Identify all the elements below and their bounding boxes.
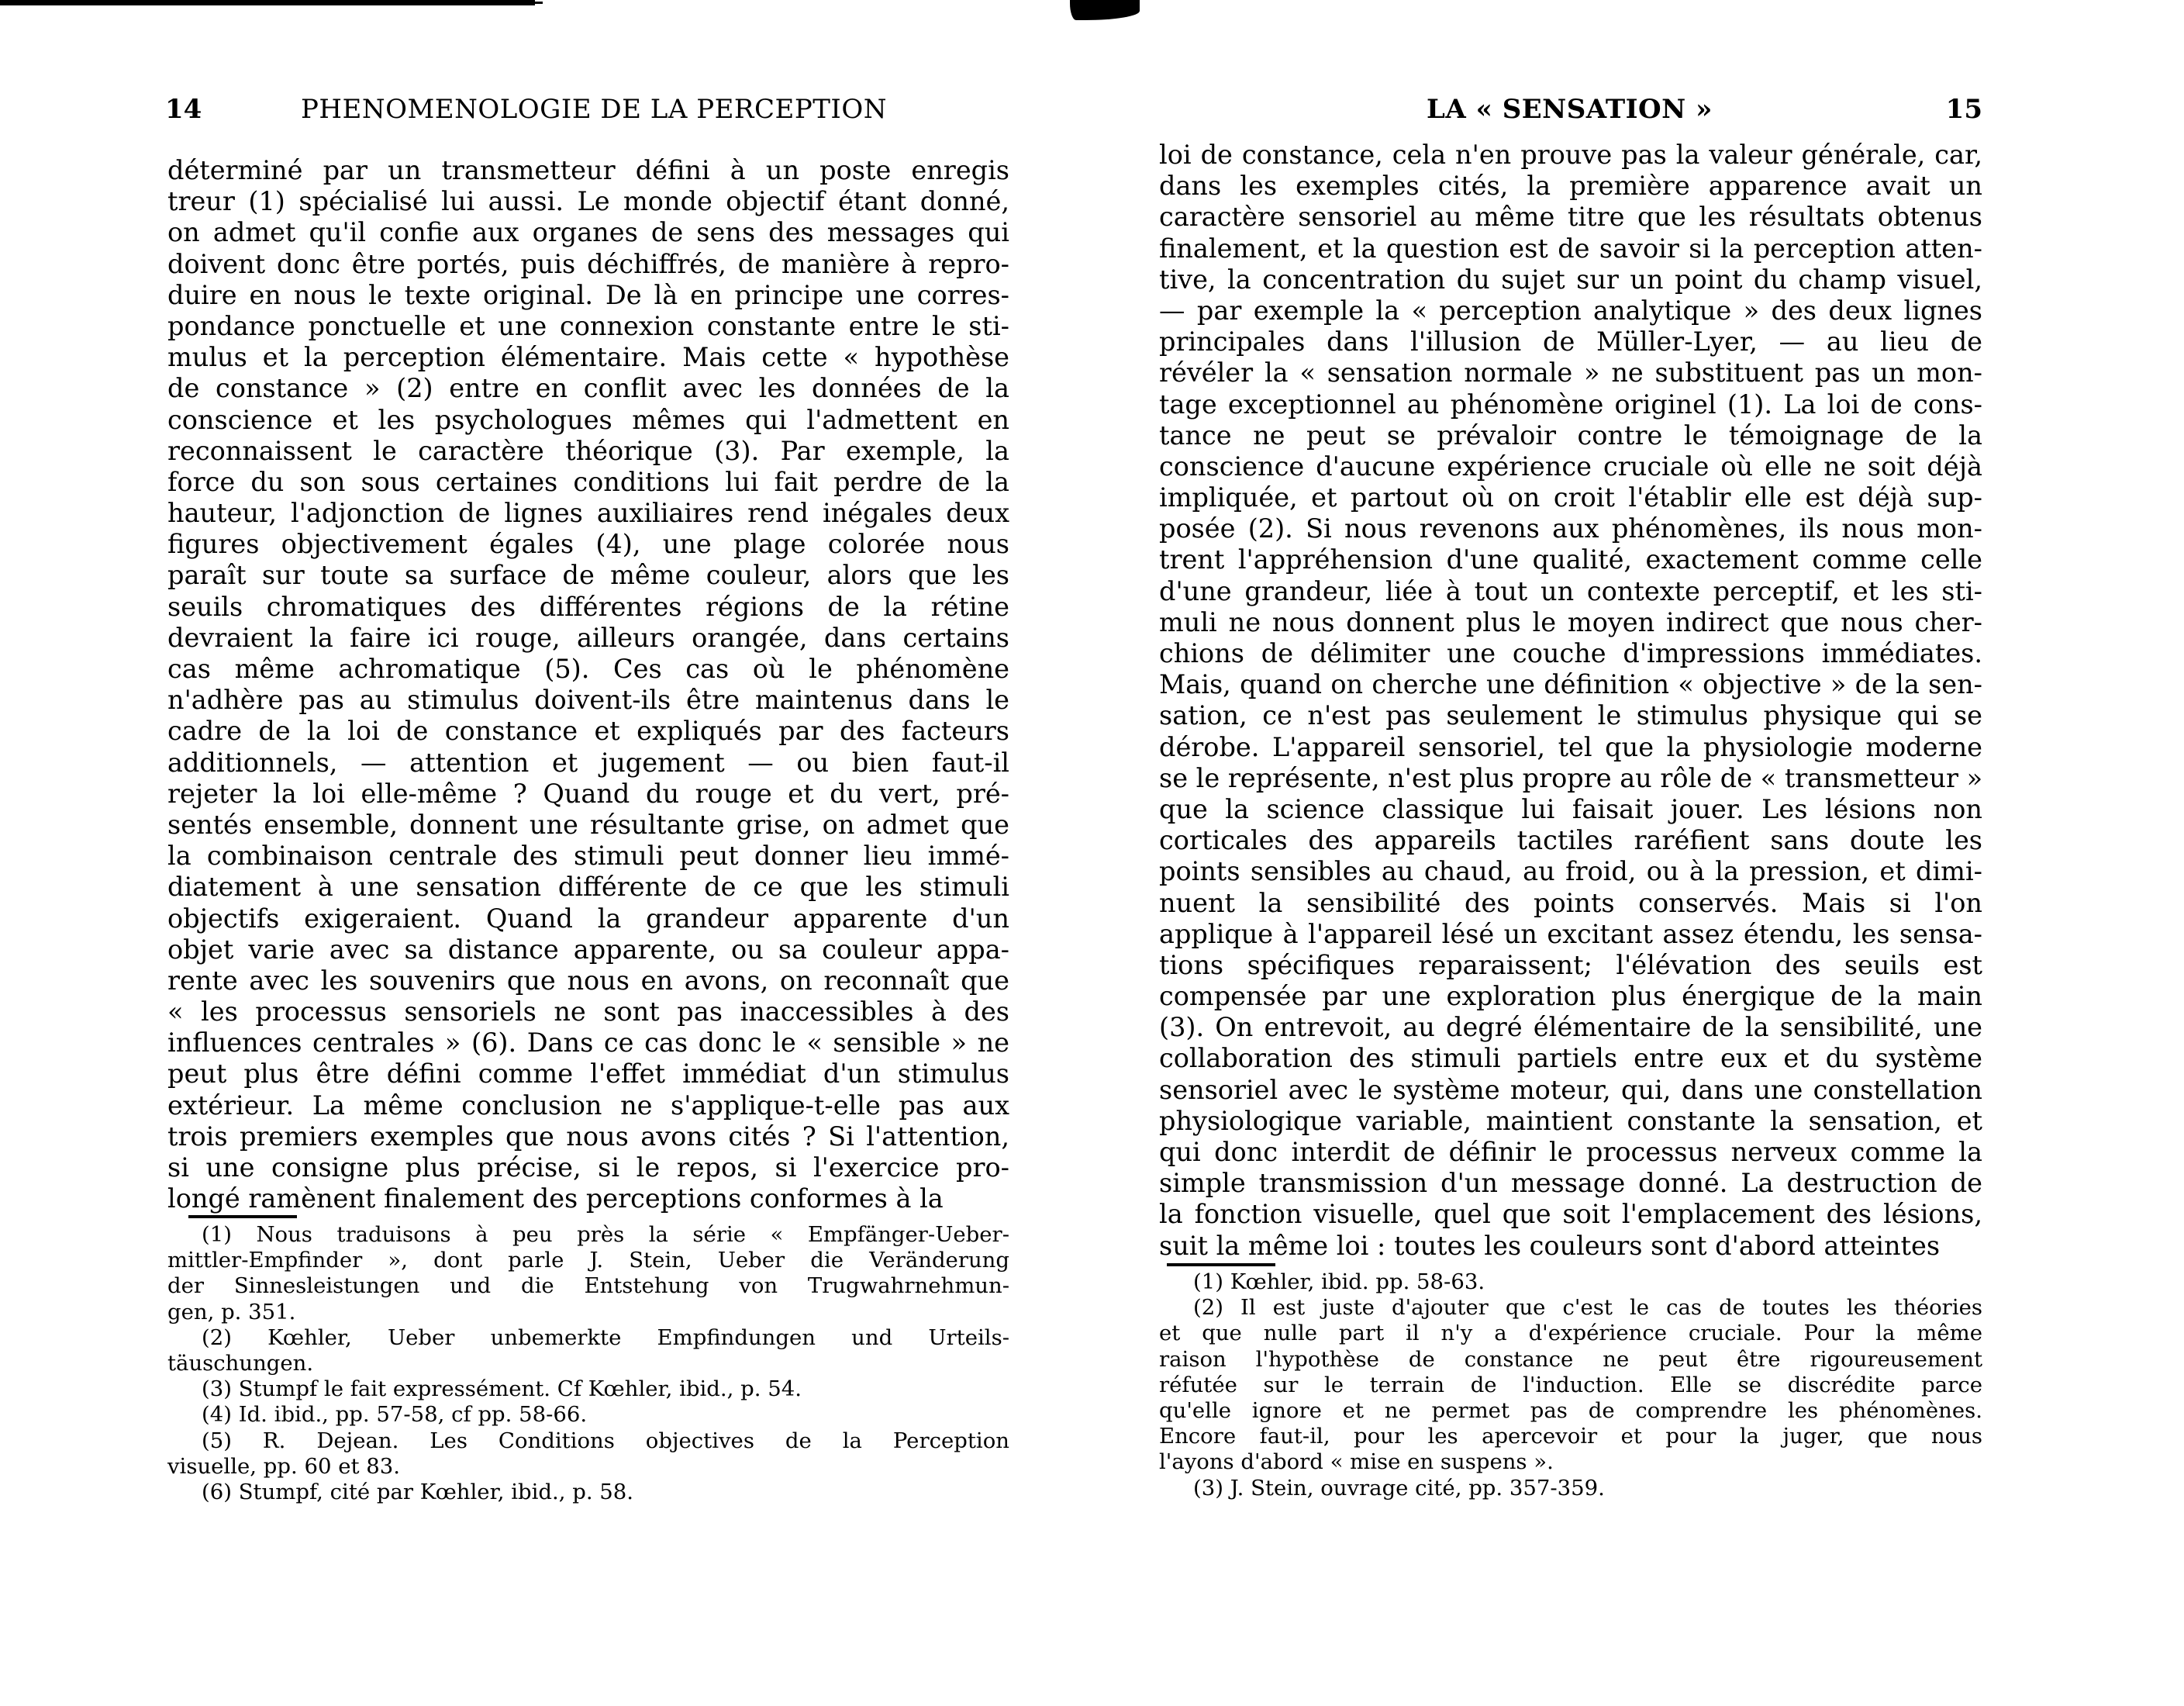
text-line: dérobe. L'appareil sensoriel, tel que la… <box>1159 732 1982 763</box>
text-line: posée (2). Si nous revenons aux phénomèn… <box>1159 513 1982 544</box>
footnote-line: l'ayons d'abord « mise en suspens ». <box>1159 1449 1982 1475</box>
text-line: collaboration des stimuli partiels entre… <box>1159 1043 1982 1074</box>
text-line: mulus et la perception élémentaire. Mais… <box>167 342 1009 373</box>
text-line: dans les exemples cités, la première app… <box>1159 171 1982 202</box>
text-line: force du son sous certaines conditions l… <box>167 467 1009 498</box>
text-line: sation, ce n'est pas seulement le stimul… <box>1159 700 1982 731</box>
footnote-line: der Sinnesleistungen und die Entstehung … <box>167 1273 1009 1299</box>
text-line: longé ramènent finalement des perception… <box>167 1183 1009 1214</box>
text-line: paraît sur toute sa surface de même coul… <box>167 560 1009 591</box>
running-title: LA « SENSATION » <box>1427 94 1713 125</box>
text-line: n'adhère pas au stimulus doivent-ils êtr… <box>167 685 1009 716</box>
text-line: pondance ponctuelle et une connexion con… <box>167 311 1009 342</box>
text-line: points sensibles au chaud, au froid, ou … <box>1159 856 1982 887</box>
running-head: 14 PHENOMENOLOGIE DE LA PERCEPTION <box>167 94 1009 125</box>
text-line: muli ne nous donnent plus le moyen indir… <box>1159 607 1982 638</box>
text-line: si une consigne plus précise, si le repo… <box>167 1152 1009 1183</box>
scan-edge-artifact <box>155 2 543 4</box>
body-text: loi de constance, cela n'en prouve pas l… <box>1159 140 1982 1262</box>
text-line: compensée par une exploration plus énerg… <box>1159 981 1982 1012</box>
text-line: corticales des appareils tactiles raréfi… <box>1159 825 1982 856</box>
text-line: extérieur. La même conclusion ne s'appli… <box>167 1090 1009 1121</box>
text-line: diatement à une sensation différente de … <box>167 872 1009 903</box>
text-line: influences centrales » (6). Dans ce cas … <box>167 1027 1009 1058</box>
footnote-rule <box>1167 1263 1275 1266</box>
text-line: qui donc interdit de définir le processu… <box>1159 1137 1982 1168</box>
page-number: 14 <box>165 94 202 125</box>
text-line: objectifs exigeraient. Quand la grandeur… <box>167 903 1009 934</box>
text-line: la combinaison centrale des stimuli peut… <box>167 841 1009 872</box>
footnote-line: (5) R. Dejean. Les Conditions objectives… <box>167 1428 1009 1454</box>
footnote-line: visuelle, pp. 60 et 83. <box>167 1454 1009 1480</box>
text-line: hauteur, l'adjonction de lignes auxiliai… <box>167 498 1009 529</box>
text-line: Mais, quand on cherche une définition « … <box>1159 669 1982 700</box>
footnote-line: raison l'hypothèse de constance ne peut … <box>1159 1347 1982 1373</box>
running-title: PHENOMENOLOGIE DE LA PERCEPTION <box>301 94 887 125</box>
text-line: finalement, et la question est de savoir… <box>1159 233 1982 264</box>
text-line: objet varie avec sa distance apparente, … <box>167 934 1009 965</box>
footnote-line: (4) Id. ibid., pp. 57-58, cf pp. 58-66. <box>167 1402 1009 1428</box>
footnote-line: qu'elle ignore et ne permet pas de compr… <box>1159 1398 1982 1424</box>
text-line: loi de constance, cela n'en prouve pas l… <box>1159 140 1982 171</box>
text-line: nuent la sensibilité des points conservé… <box>1159 888 1982 919</box>
footnote-line: mittler-Empfinder », dont parle J. Stein… <box>167 1248 1009 1273</box>
footnote-line: et que nulle part il n'y a d'expérience … <box>1159 1321 1982 1346</box>
footnotes: (1) Kœhler, ibid. pp. 58-63.(2) Il est j… <box>1159 1269 1982 1501</box>
text-line: peut plus être défini comme l'effet immé… <box>167 1058 1009 1090</box>
page-number: 15 <box>1946 94 1982 125</box>
footnote-line: Encore faut-il, pour les apercevoir et p… <box>1159 1424 1982 1449</box>
text-line: suit la même loi : toutes les couleurs s… <box>1159 1231 1982 1262</box>
text-line: caractère sensoriel au même titre que le… <box>1159 202 1982 233</box>
text-line: applique à l'appareil lésé un excitant a… <box>1159 919 1982 950</box>
text-line: reconnaissent le caractère théorique (3)… <box>167 436 1009 467</box>
text-line: (3). On entrevoit, au degré élémentaire … <box>1159 1012 1982 1043</box>
footnote-line: gen, p. 351. <box>167 1300 1009 1325</box>
text-line: tions spécifiques reparaissent; l'élévat… <box>1159 950 1982 981</box>
text-line: principales dans l'illusion de Müller-Ly… <box>1159 326 1982 357</box>
text-line: « les processus sensoriels ne sont pas i… <box>167 996 1009 1027</box>
text-line: la fonction visuelle, quel que soit l'em… <box>1159 1199 1982 1230</box>
text-line: seuils chromatiques des différentes régi… <box>167 592 1009 623</box>
text-line: trois premiers exemples que nous avons c… <box>167 1121 1009 1152</box>
text-line: additionnels, — attention et jugement — … <box>167 748 1009 779</box>
text-line: impliquée, et partout où on croit l'étab… <box>1159 482 1982 513</box>
text-line: d'une grandeur, liée à tout un contexte … <box>1159 576 1982 607</box>
text-line: simple transmission d'un message donné. … <box>1159 1168 1982 1199</box>
body-text: déterminé par un transmetteur défini à u… <box>167 155 1009 1214</box>
text-line: cadre de la loi de constance et expliqué… <box>167 716 1009 747</box>
footnote-line: (2) Kœhler, Ueber unbemerkte Empfindunge… <box>167 1325 1009 1351</box>
text-line: tage exceptionnel au phénomène originel … <box>1159 389 1982 420</box>
running-head: LA « SENSATION » 15 <box>1159 94 1982 125</box>
footnote-line: (3) Stumpf le fait expressément. Cf Kœhl… <box>167 1376 1009 1402</box>
text-line: révéler la « sensation normale » ne subs… <box>1159 357 1982 389</box>
text-line: conscience d'aucune expérience cruciale … <box>1159 451 1982 482</box>
footnote-line: täuschungen. <box>167 1351 1009 1376</box>
text-line: devraient la faire ici rouge, ailleurs o… <box>167 623 1009 654</box>
scan-binding-shadow <box>1070 0 1140 20</box>
text-line: rente avec les souvenirs que nous en avo… <box>167 965 1009 996</box>
text-line: tive, la concentration du sujet sur un p… <box>1159 264 1982 295</box>
text-line: treur (1) spécialisé lui aussi. Le monde… <box>167 186 1009 217</box>
text-line: chions de délimiter une couche d'impress… <box>1159 638 1982 669</box>
text-line: — par exemple la « perception analytique… <box>1159 295 1982 326</box>
footnote-line: (6) Stumpf, cité par Kœhler, ibid., p. 5… <box>167 1480 1009 1505</box>
text-line: cas même achromatique (5). Ces cas où le… <box>167 654 1009 685</box>
text-line: rejeter la loi elle-même ? Quand du roug… <box>167 779 1009 810</box>
footnote-line: (3) J. Stein, ouvrage cité, pp. 357-359. <box>1159 1476 1982 1501</box>
footnote-rule <box>188 1215 297 1218</box>
text-line: sentés ensemble, donnent une résultante … <box>167 810 1009 841</box>
text-line: physiologique variable, maintient consta… <box>1159 1106 1982 1137</box>
text-line: doivent donc être portés, puis déchiffré… <box>167 249 1009 280</box>
footnote-line: (1) Nous traduisons à peu près la série … <box>167 1222 1009 1248</box>
footnote-line: réfutée sur le terrain de l'induction. E… <box>1159 1373 1982 1398</box>
text-line: conscience et les psychologues mêmes qui… <box>167 405 1009 436</box>
text-line: tance ne peut se prévaloir contre le tém… <box>1159 420 1982 451</box>
text-line: figures objectivement égales (4), une pl… <box>167 529 1009 560</box>
text-line: se le représente, n'est plus propre au r… <box>1159 763 1982 794</box>
text-line: on admet qu'il confie aux organes de sen… <box>167 217 1009 248</box>
text-line: trent l'appréhension d'une qualité, exac… <box>1159 544 1982 575</box>
footnote-line: (2) Il est juste d'ajouter que c'est le … <box>1159 1295 1982 1321</box>
text-line: duire en nous le texte original. De là e… <box>167 280 1009 311</box>
text-line: sensoriel avec le système moteur, qui, d… <box>1159 1075 1982 1106</box>
footnote-line: (1) Kœhler, ibid. pp. 58-63. <box>1159 1269 1982 1295</box>
text-line: que la science classique lui faisait jou… <box>1159 794 1982 825</box>
text-line: de constance » (2) entre en conflit avec… <box>167 373 1009 404</box>
footnotes: (1) Nous traduisons à peu près la série … <box>167 1222 1009 1505</box>
text-line: déterminé par un transmetteur défini à u… <box>167 155 1009 186</box>
